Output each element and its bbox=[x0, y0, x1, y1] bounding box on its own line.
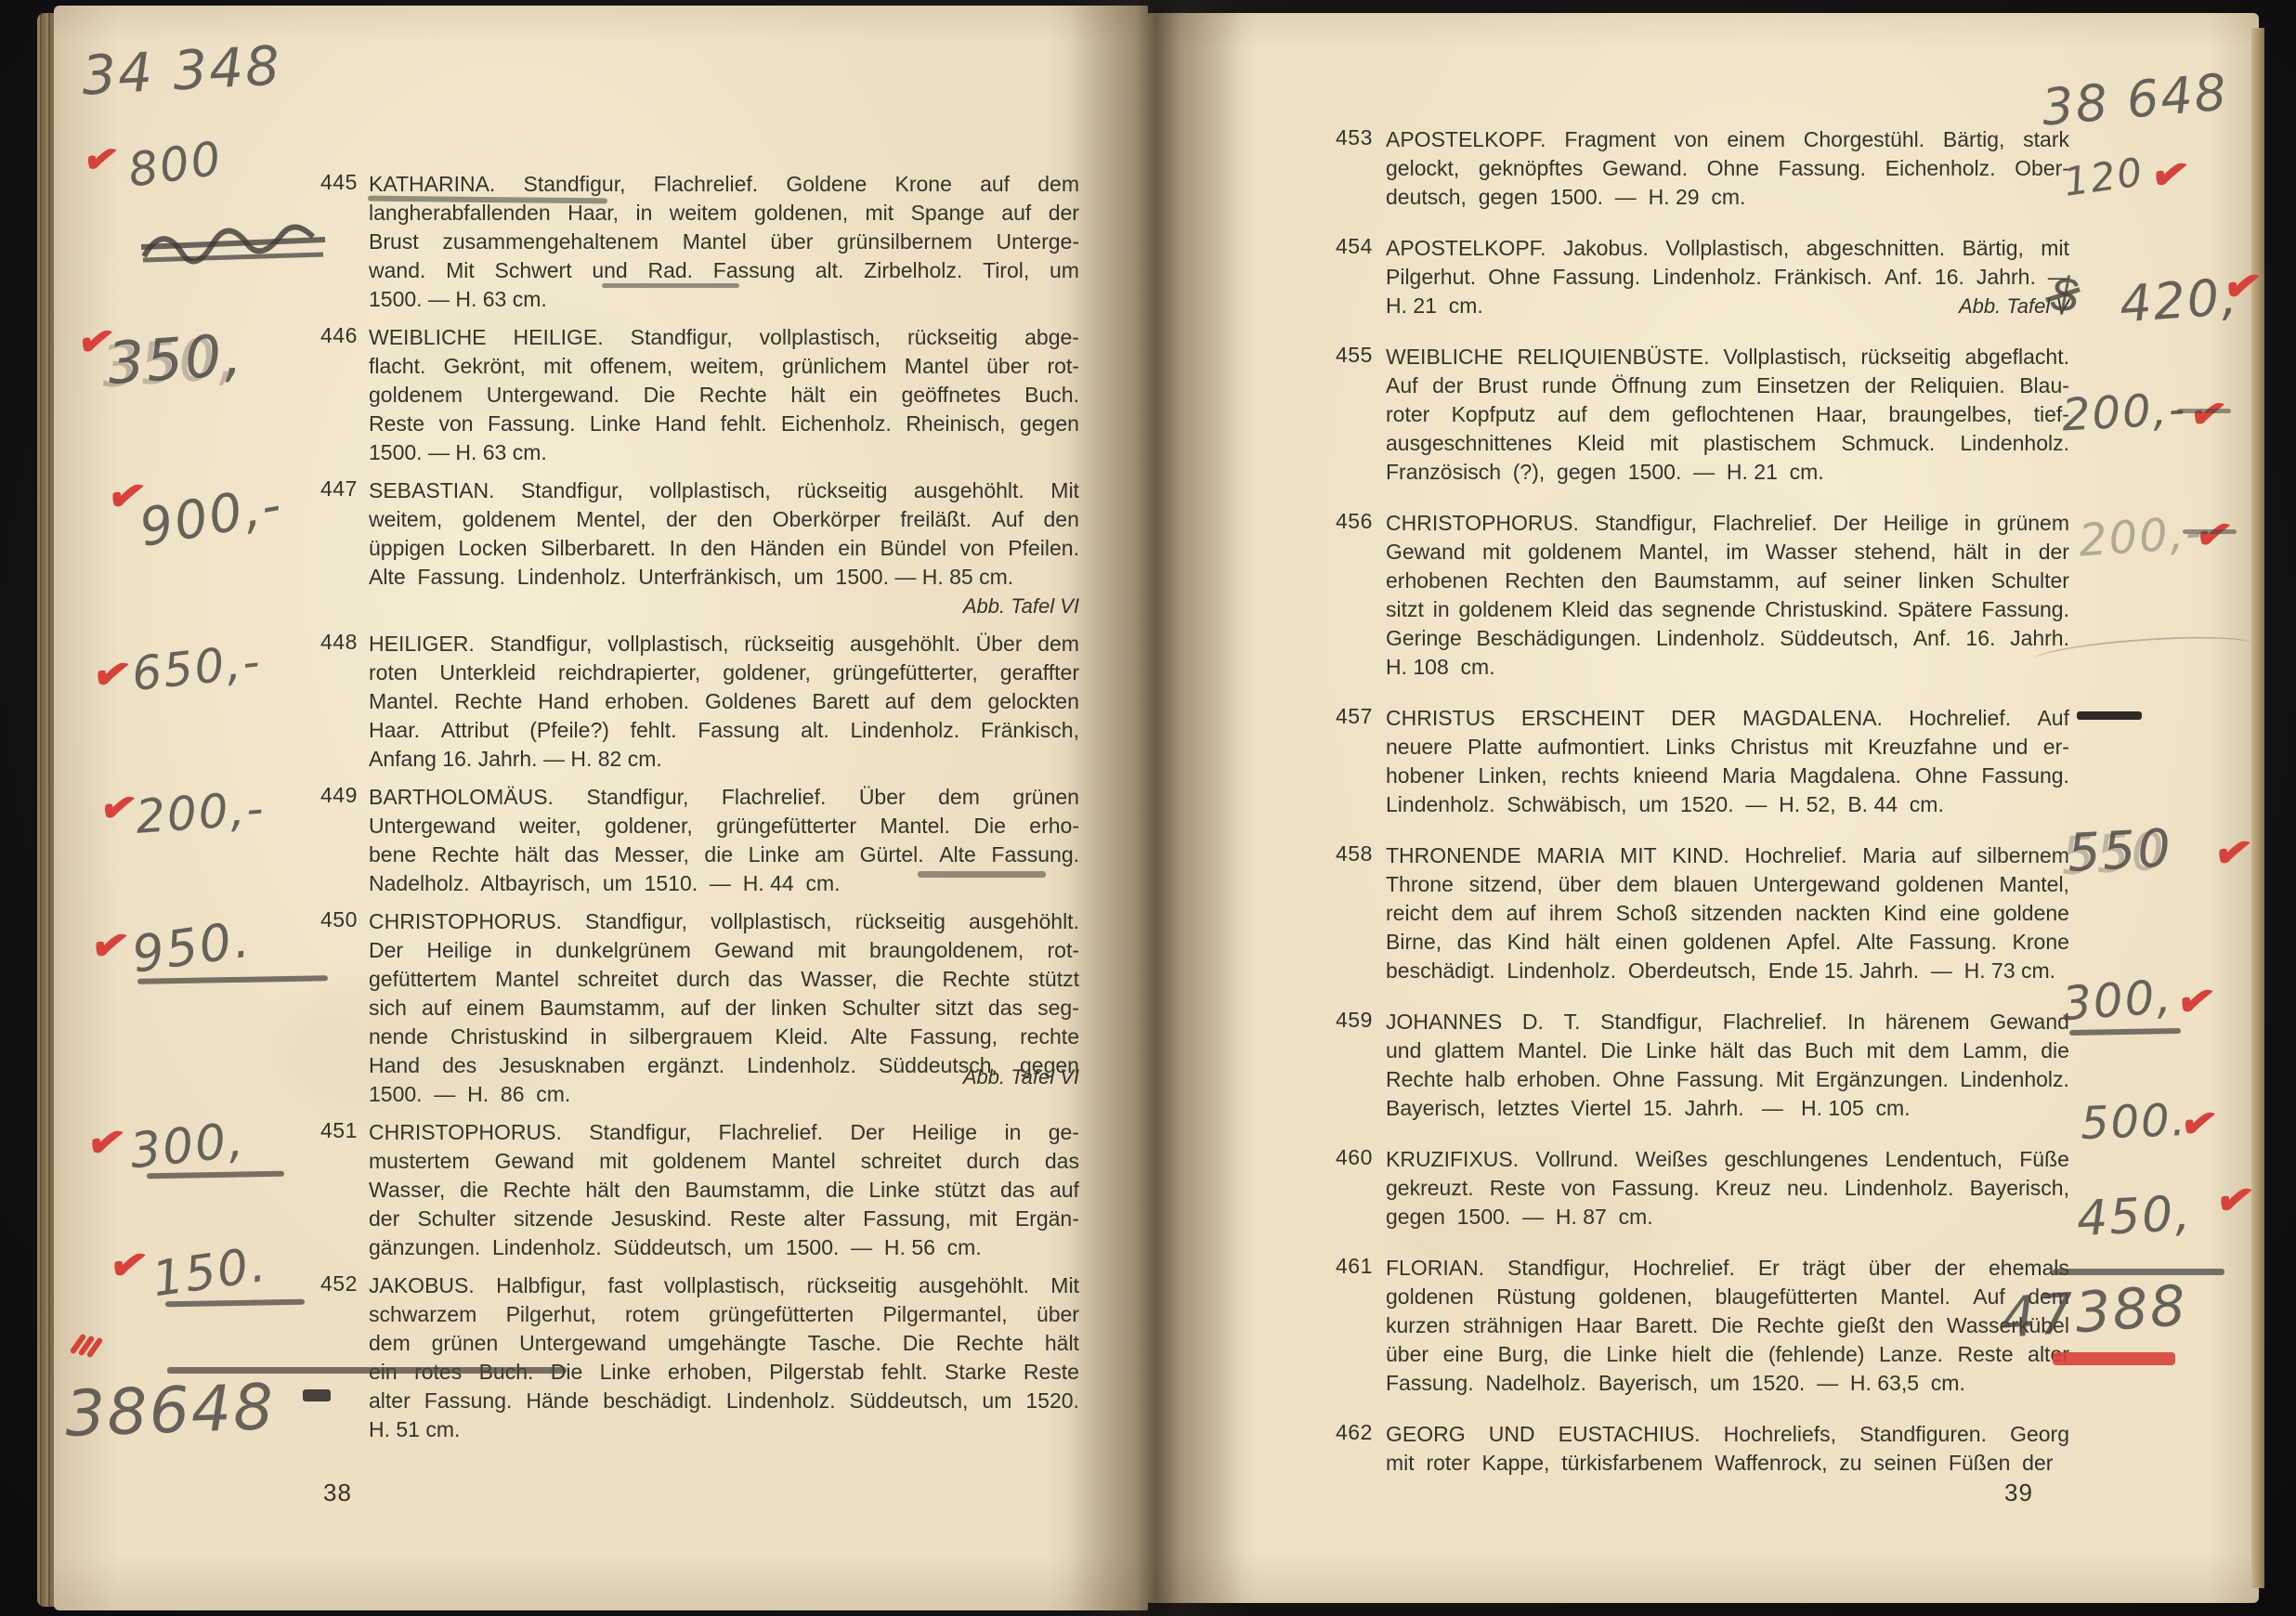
entry-text: HEILIGER.Standfigur,vollplastisch,rückse… bbox=[369, 630, 1079, 774]
book-scan: 445KATHARINA.Standfigur,Flachrelief.Gold… bbox=[0, 0, 2296, 1616]
entry-number: 462 bbox=[1336, 1420, 1380, 1445]
entry-line: JAKOBUS.Halbfigur,fastvollplastisch,rück… bbox=[369, 1271, 1079, 1300]
entry-text: FLORIAN.Standfigur,Hochrelief.Erträgtübe… bbox=[1386, 1254, 2069, 1398]
entry-line: 1500. — H. 63 cm. bbox=[369, 285, 1079, 314]
entry-number: 451 bbox=[320, 1118, 365, 1143]
entry-line: sitztingoldenemKleiddassegnendeChristusk… bbox=[1386, 595, 2069, 624]
entry-line: alterFassung.Händebeschädigt.Lindenholz.… bbox=[369, 1387, 1079, 1415]
entry-line: gänzungen. Lindenholz. Süddeutsch, um 15… bbox=[369, 1233, 1079, 1262]
entry-line: 1500. — H. 63 cm. bbox=[369, 438, 1079, 467]
entry-line: Untergewandweiter,goldener,grüngefüttert… bbox=[369, 812, 1079, 841]
entry-line: CHRISTOPHORUS.Standfigur,Flachrelief.Der… bbox=[369, 1118, 1079, 1147]
entry-line: Pilgerhut.OhneFassung.Lindenholz.Fränkis… bbox=[1386, 263, 2069, 292]
entry-line: neuerePlatteaufmontiert.LinksChristusmit… bbox=[1386, 733, 2069, 762]
entry-line: mustertemGewandmitgoldenemMantelschreite… bbox=[369, 1147, 1079, 1176]
entry-line: Haar.Attribut(Pfeile?)fehlt.Fassungalt.L… bbox=[369, 716, 1079, 745]
entry-line: Birne,dasKindhälteinengoldenenApfel.Alte… bbox=[1386, 928, 2069, 957]
entry-text: BARTHOLOMÄUS.Standfigur,Flachrelief.Über… bbox=[369, 783, 1079, 898]
entry-line: kurzensträhnigenHaarBarett.DieRechtegieß… bbox=[1386, 1311, 2069, 1340]
entry-text: CHRISTUSERSCHEINTDERMAGDALENA.Hochrelief… bbox=[1386, 704, 2069, 819]
entry-line: erhobenenRechtendenBaumstamm,aufseinerli… bbox=[1386, 567, 2069, 595]
entry-text: CHRISTOPHORUS.Standfigur,Flachrelief.Der… bbox=[369, 1118, 1079, 1262]
entry-line: einrotesBuch.DieLinkeerhoben,Pilgerstabf… bbox=[369, 1358, 1079, 1387]
entry-line: GEORGUNDEUSTACHIUS.Hochreliefs,Standfigu… bbox=[1386, 1420, 2069, 1449]
entry-text: JAKOBUS.Halbfigur,fastvollplastisch,rück… bbox=[369, 1271, 1079, 1444]
entry-line: flacht.Gekrönt,mitoffenem,weitem,grünlic… bbox=[369, 352, 1079, 381]
entry-line: GewandmitgoldenemMantel,imWasserstehend,… bbox=[1386, 538, 2069, 567]
entry-line: rotenUnterkleidreichdrapierter,goldener,… bbox=[369, 658, 1079, 687]
entry-text: JOHANNESD.T.Standfigur,Flachrelief.Inhär… bbox=[1386, 1008, 2069, 1123]
entry-number: 459 bbox=[1336, 1008, 1380, 1033]
entry-line: Rechtehalberhoben.OhneFassung.MitErgänzu… bbox=[1386, 1065, 2069, 1094]
entry-line: Mantel.RechteHanderhoben.GoldenesBaretta… bbox=[369, 687, 1079, 716]
entry-line: APOSTELKOPF.FragmentvoneinemChorgestühl.… bbox=[1386, 125, 2069, 154]
entry-line: goldenenRüstunggoldenen,blaugefüttertenM… bbox=[1386, 1283, 2069, 1311]
entry-text: KATHARINA.Standfigur,Flachrelief.Goldene… bbox=[369, 170, 1079, 314]
entry-line: SEBASTIAN.Standfigur,vollplastisch,rücks… bbox=[369, 476, 1079, 505]
page-number-left: 38 bbox=[323, 1479, 352, 1507]
entry-number: 461 bbox=[1336, 1254, 1380, 1279]
entry-line: schwarzemPilgerhut,rotemgrüngefüttertenP… bbox=[369, 1300, 1079, 1329]
entry-line: CHRISTUSERSCHEINTDERMAGDALENA.Hochrelief… bbox=[1386, 704, 2069, 733]
entry-number: 452 bbox=[320, 1271, 365, 1297]
entry-line: gegen 1500. — H. 87 cm. bbox=[1386, 1203, 2069, 1232]
entry-line: gelockt,geknöpftesGewand.OhneFassung.Eic… bbox=[1386, 154, 2069, 183]
entry-line: BARTHOLOMÄUS.Standfigur,Flachrelief.Über… bbox=[369, 783, 1079, 812]
entry-line: HEILIGER.Standfigur,vollplastisch,rückse… bbox=[369, 630, 1079, 658]
entry-text: WEIBLICHEHEILIGE.Standfigur,vollplastisc… bbox=[369, 323, 1079, 467]
entry-line: WEIBLICHERELIQUIENBÜSTE.Vollplastisch,rü… bbox=[1386, 343, 2069, 371]
entry-number: 454 bbox=[1336, 234, 1380, 259]
entry-text: APOSTELKOPF.FragmentvoneinemChorgestühl.… bbox=[1386, 125, 2069, 212]
entry-text: CHRISTOPHORUS.Standfigur,vollplastisch,r… bbox=[369, 907, 1079, 1109]
entry-line: goldenemUntergewand.DieRechtehälteingeöf… bbox=[369, 381, 1079, 410]
entry-line: CHRISTOPHORUS.Standfigur,vollplastisch,r… bbox=[369, 907, 1079, 936]
entry-text: KRUZIFIXUS.Vollrund.WeißesgeschlungenesL… bbox=[1386, 1145, 2069, 1232]
entry-text: GEORGUNDEUSTACHIUS.Hochreliefs,Standfigu… bbox=[1386, 1420, 2069, 1478]
entry-line: FLORIAN.Standfigur,Hochrelief.Erträgtübe… bbox=[1386, 1254, 2069, 1283]
entry-number: 460 bbox=[1336, 1145, 1380, 1170]
entry-text: SEBASTIAN.Standfigur,vollplastisch,rücks… bbox=[369, 476, 1079, 620]
page-edge bbox=[2251, 28, 2264, 1588]
entry-line: gekreuzt.RestevonFassung.Kreuzneu.Linden… bbox=[1386, 1174, 2069, 1203]
entry-line: deutsch, gegen 1500. — H. 29 cm. bbox=[1386, 183, 2069, 212]
entry-line: RestevonFassung.LinkeHandfehlt.Eichenhol… bbox=[369, 410, 1079, 438]
entry-number: 446 bbox=[320, 323, 365, 348]
entry-line: wand.MitSchwertundRad.Fassungalt.Zirbelh… bbox=[369, 256, 1079, 285]
page-number-right: 39 bbox=[2004, 1479, 2033, 1507]
entry-number: 450 bbox=[320, 907, 365, 932]
entry-line: GeringeBeschädigungen.Lindenholz.Süddeut… bbox=[1386, 624, 2069, 653]
entry-number: 457 bbox=[1336, 704, 1380, 729]
entry-line: nendeChristuskindinsilbergrauemKleid.Alt… bbox=[369, 1023, 1079, 1051]
entry-line: üppigenLockenSilberbarett.IndenHändenein… bbox=[369, 534, 1079, 563]
entry-line: weitem,goldenemMentel,derdenOberkörperfr… bbox=[369, 505, 1079, 534]
plate-reference: Abb. Tafel VI bbox=[369, 592, 1079, 620]
entry-line: hobenerLinken,rechtsknieendMariaMagdalen… bbox=[1386, 762, 2069, 790]
entry-text: WEIBLICHERELIQUIENBÜSTE.Vollplastisch,rü… bbox=[1386, 343, 2069, 487]
entry-line: DerHeiligeindunkelgrünemGewandmitbraungo… bbox=[369, 936, 1079, 965]
entry-text: APOSTELKOPF.Jakobus.Vollplastisch,abgesc… bbox=[1386, 234, 2069, 320]
entry-line: langherabfallendenHaar,inweitemgoldenen,… bbox=[369, 199, 1079, 228]
entry-line: Wasser,dieRechtehältdenBaumstamm,dieLink… bbox=[369, 1176, 1079, 1205]
entry-line: Fassung. Nadelholz. Bayerisch, um 1520. … bbox=[1386, 1369, 2069, 1398]
entry-number: 445 bbox=[320, 170, 365, 195]
plate-reference: Abb. Tafel V bbox=[1959, 292, 2069, 320]
entry-line: beschädigt. Lindenholz. Oberdeutsch, End… bbox=[1386, 957, 2069, 985]
entry-line: mit roter Kappe, türkisfarbenem Waffenro… bbox=[1386, 1449, 2069, 1478]
entry-line: Alte Fassung. Lindenholz. Unterfränkisch… bbox=[369, 563, 1079, 592]
entry-line: derSchultersitzendeJesuskind.RestealterF… bbox=[369, 1205, 1079, 1233]
entry-number: 447 bbox=[320, 476, 365, 502]
entry-line: gefüttertemMantelschreitetdurchdasWasser… bbox=[369, 965, 1079, 994]
entry-line: Lindenholz. Schwäbisch, um 1520. — H. 52… bbox=[1386, 790, 2069, 819]
entry-line: THRONENDEMARIAMITKIND.Hochrelief.Mariaau… bbox=[1386, 841, 2069, 870]
entry-line: undglattemMantel.DieLinkehältdasBuchmitd… bbox=[1386, 1036, 2069, 1065]
entry-number: 455 bbox=[1336, 343, 1380, 368]
entry-line: JOHANNESD.T.Standfigur,Flachrelief.Inhär… bbox=[1386, 1008, 2069, 1036]
entry-line: KRUZIFIXUS.Vollrund.WeißesgeschlungenesL… bbox=[1386, 1145, 2069, 1174]
entry-line: beneRechtehältdasMesser,dieLinkeamGürtel… bbox=[369, 841, 1079, 869]
entry-number: 449 bbox=[320, 783, 365, 808]
book-gutter-shadow bbox=[1068, 0, 1245, 1616]
entry-line: H. 21 cm.Abb. Tafel V bbox=[1386, 292, 2069, 320]
entry-line: ausgeschnittenesKleidmitplastischemSchmu… bbox=[1386, 429, 2069, 458]
entry-line: Bayerisch, letztes Viertel 15. Jahrh. — … bbox=[1386, 1094, 2069, 1123]
entry-line: übereineBurg,dieLinkehieltdie(fehlende)L… bbox=[1386, 1340, 2069, 1369]
entry-line: Nadelholz. Altbayrisch, um 1510. — H. 44… bbox=[369, 869, 1079, 898]
entry-number: 456 bbox=[1336, 509, 1380, 534]
entry-number: 458 bbox=[1336, 841, 1380, 867]
entry-line: AufderBrustrundeÖffnungzumEinsetzenderRe… bbox=[1386, 371, 2069, 400]
entry-line: sichaufeinemBaumstamm,aufderlinkenSchult… bbox=[369, 994, 1079, 1023]
entry-line: KATHARINA.Standfigur,Flachrelief.Goldene… bbox=[369, 170, 1079, 199]
entry-line: demgrünenUntergewandumgehängteTasche.Die… bbox=[369, 1329, 1079, 1358]
entry-line: Französisch (?), gegen 1500. — H. 21 cm. bbox=[1386, 458, 2069, 487]
entry-text: CHRISTOPHORUS.Standfigur,Flachrelief.Der… bbox=[1386, 509, 2069, 682]
entry-line: APOSTELKOPF.Jakobus.Vollplastisch,abgesc… bbox=[1386, 234, 2069, 263]
plate-reference: Abb. Tafel VI bbox=[963, 1062, 1079, 1091]
entry-line: CHRISTOPHORUS.Standfigur,Flachrelief.Der… bbox=[1386, 509, 2069, 538]
entry-text: THRONENDEMARIAMITKIND.Hochrelief.Mariaau… bbox=[1386, 841, 2069, 985]
entry-line: reichtdemaufihremSchoßsitzendennacktenKi… bbox=[1386, 899, 2069, 928]
entry-line: H. 51 cm. bbox=[369, 1415, 1079, 1444]
entry-line: Anfang 16. Jahrh. — H. 82 cm. bbox=[369, 745, 1079, 774]
entry-line: Thronesitzend,überdemblauenUntergewandgo… bbox=[1386, 870, 2069, 899]
entry-number: 448 bbox=[320, 630, 365, 655]
entry-line: H. 108 cm. bbox=[1386, 653, 2069, 682]
entry-line: BrustzusammengehaltenemMantelübergrünsil… bbox=[369, 228, 1079, 256]
entry-line: WEIBLICHEHEILIGE.Standfigur,vollplastisc… bbox=[369, 323, 1079, 352]
entry-line: roterKopfputzaufdemgeflochtenenHaar,brau… bbox=[1386, 400, 2069, 429]
entry-number: 453 bbox=[1336, 125, 1380, 150]
